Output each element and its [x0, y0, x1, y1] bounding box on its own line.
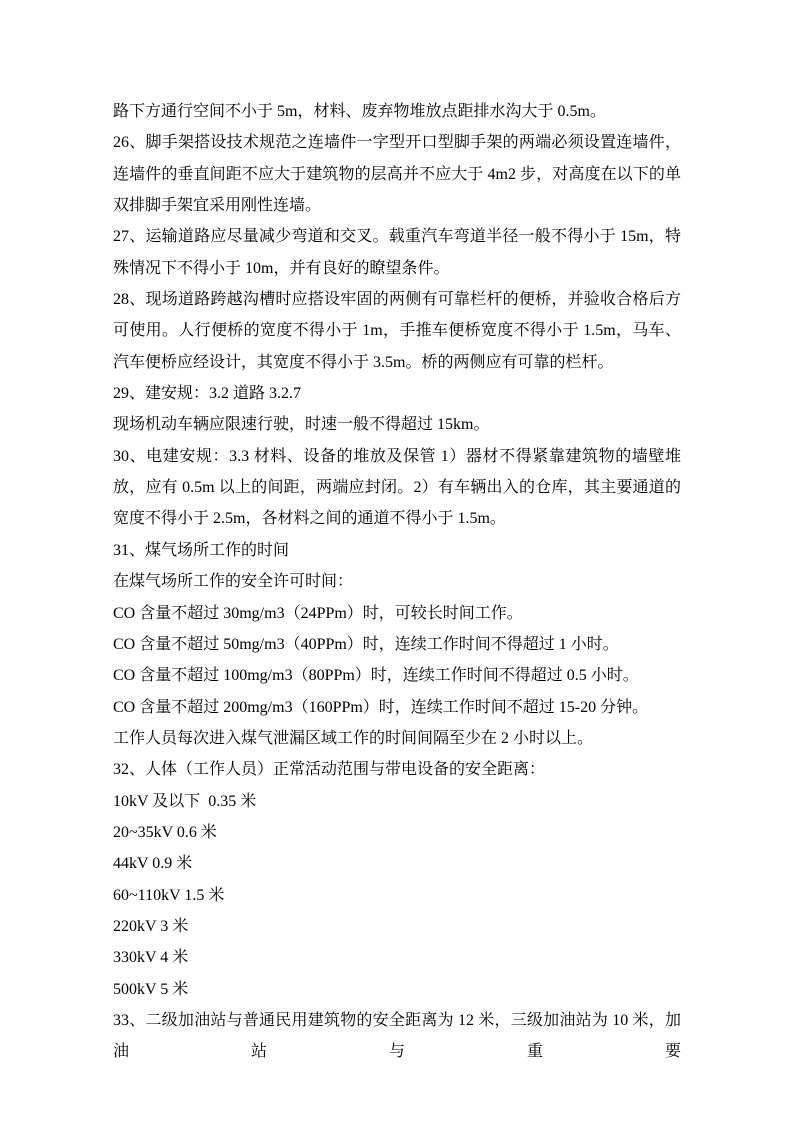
voltage-distance-500kv: 500kV 5 米: [113, 974, 681, 1005]
paragraph-item-29: 29、建安规：3.2 道路 3.2.7: [113, 378, 681, 409]
paragraph-co-50mg: CO 含量不超过 50mg/m3（40PPm）时，连续工作时间不得超过 1 小时…: [113, 629, 681, 660]
voltage-distance-20-35kv: 20~35kV 0.6 米: [113, 817, 681, 848]
voltage-distance-220kv: 220kV 3 米: [113, 911, 681, 942]
paragraph-co-30mg: CO 含量不超过 30mg/m3（24PPm）时，可较长时间工作。: [113, 598, 681, 629]
paragraph-item-31: 31、煤气场所工作的时间: [113, 535, 681, 566]
voltage-distance-10kv: 10kV 及以下 0.35 米: [113, 786, 681, 817]
paragraph-reentry-interval: 工作人员每次进入煤气泄漏区域工作的时间间隔至少在 2 小时以上。: [113, 723, 681, 754]
paragraph-item-30: 30、电建安规：3.3 材料、设备的堆放及保管 1）器材不得紧靠建筑物的墙壁堆放…: [113, 441, 681, 535]
paragraph-co-100mg: CO 含量不超过 100mg/m3（80PPm）时，连续工作时间不得超过 0.5…: [113, 660, 681, 691]
paragraph-item-32: 32、人体（工作人员）正常活动范围与带电设备的安全距离：: [113, 754, 681, 785]
document-page: 路下方通行空间不小于 5m，材料、废弃物堆放点距排水沟大于 0.5m。 26、脚…: [0, 0, 793, 1122]
paragraph-item-33: 33、二级加油站与普通民用建筑物的安全距离为 12 米，三级加油站为 10 米，…: [113, 1005, 681, 1068]
document-body: 路下方通行空间不小于 5m，材料、废弃物堆放点距排水沟大于 0.5m。 26、脚…: [113, 96, 681, 1068]
voltage-distance-330kv: 330kV 4 米: [113, 942, 681, 973]
paragraph-item-29-note: 现场机动车辆应限速行驶，时速一般不得超过 15km。: [113, 409, 681, 440]
paragraph-item-26: 26、脚手架搭设技术规范之连墙件一字型开口型脚手架的两端必须设置连墙件，连墙件的…: [113, 127, 681, 221]
paragraph-item-27: 27、运输道路应尽量减少弯道和交叉。载重汽车弯道半径一般不得小于 15m，特殊情…: [113, 221, 681, 284]
paragraph-25-continuation: 路下方通行空间不小于 5m，材料、废弃物堆放点距排水沟大于 0.5m。: [113, 96, 681, 127]
paragraph-co-200mg: CO 含量不超过 200mg/m3（160PPm）时，连续工作时间不超过 15-…: [113, 692, 681, 723]
paragraph-item-28: 28、现场道路跨越沟槽时应搭设牢固的两侧有可靠栏杆的便桥，并验收合格后方可使用。…: [113, 284, 681, 378]
voltage-distance-60-110kv: 60~110kV 1.5 米: [113, 880, 681, 911]
paragraph-item-31-intro: 在煤气场所工作的安全许可时间：: [113, 566, 681, 597]
voltage-distance-44kv: 44kV 0.9 米: [113, 848, 681, 879]
